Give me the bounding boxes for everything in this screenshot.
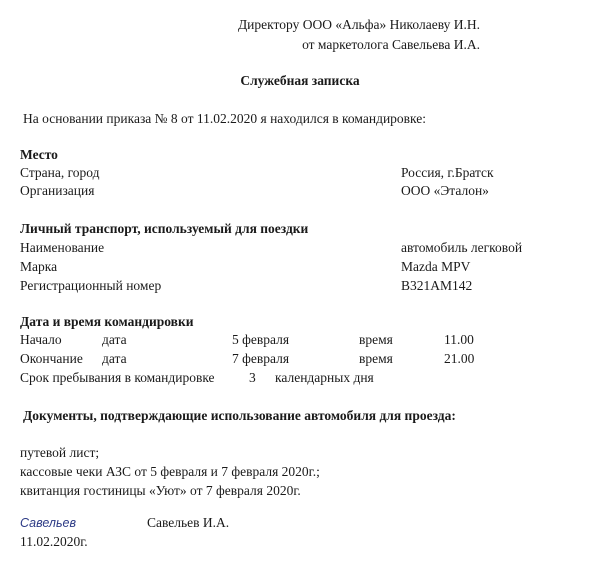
duration-value: 3 xyxy=(249,369,256,387)
intro-text: На основании приказа № 8 от 11.02.2020 я… xyxy=(23,110,426,128)
document-item: кассовые чеки АЗС от 5 февраля и 7 февра… xyxy=(20,463,320,481)
transport-label: Наименование xyxy=(20,239,104,257)
trip-time: 21.00 xyxy=(444,350,474,368)
documents-heading: Документы, подтверждающие использование … xyxy=(23,407,456,425)
trip-date-label: дата xyxy=(102,350,127,368)
document-item: путевой лист; xyxy=(20,444,99,462)
duration-unit: календарных дня xyxy=(275,369,374,387)
place-value: Россия, г.Братск xyxy=(401,164,494,182)
trip-date: 7 февраля xyxy=(232,350,289,368)
handwritten-signature: Савельев xyxy=(20,514,76,532)
signer-name: Савельев И.А. xyxy=(147,514,229,532)
sender: от маркетолога Савельева И.А. xyxy=(302,36,480,54)
place-value: ООО «Эталон» xyxy=(401,182,489,200)
trip-label: Окончание xyxy=(20,350,83,368)
place-label: Страна, город xyxy=(20,164,100,182)
transport-label: Регистрационный номер xyxy=(20,277,161,295)
place-label: Организация xyxy=(20,182,94,200)
trip-time-label: время xyxy=(359,350,393,368)
transport-label: Марка xyxy=(20,258,57,276)
trip-heading: Дата и время командировки xyxy=(20,313,194,331)
document-item: квитанция гостиницы «Уют» от 7 февраля 2… xyxy=(20,482,301,500)
signature-date: 11.02.2020г. xyxy=(20,533,88,551)
transport-value: Mazda MPV xyxy=(401,258,470,276)
trip-label: Начало xyxy=(20,331,62,349)
transport-heading: Личный транспорт, используемый для поезд… xyxy=(20,220,308,238)
transport-value: В321АМ142 xyxy=(401,277,472,295)
duration-label: Срок пребывания в командировке xyxy=(20,369,215,387)
addressee: Директору ООО «Альфа» Николаеву И.Н. xyxy=(238,16,480,34)
transport-value: автомобиль легковой xyxy=(401,239,522,257)
document-title: Служебная записка xyxy=(0,72,600,90)
trip-time-label: время xyxy=(359,331,393,349)
trip-date: 5 февраля xyxy=(232,331,289,349)
trip-date-label: дата xyxy=(102,331,127,349)
trip-time: 11.00 xyxy=(444,331,474,349)
place-heading: Место xyxy=(20,146,58,164)
